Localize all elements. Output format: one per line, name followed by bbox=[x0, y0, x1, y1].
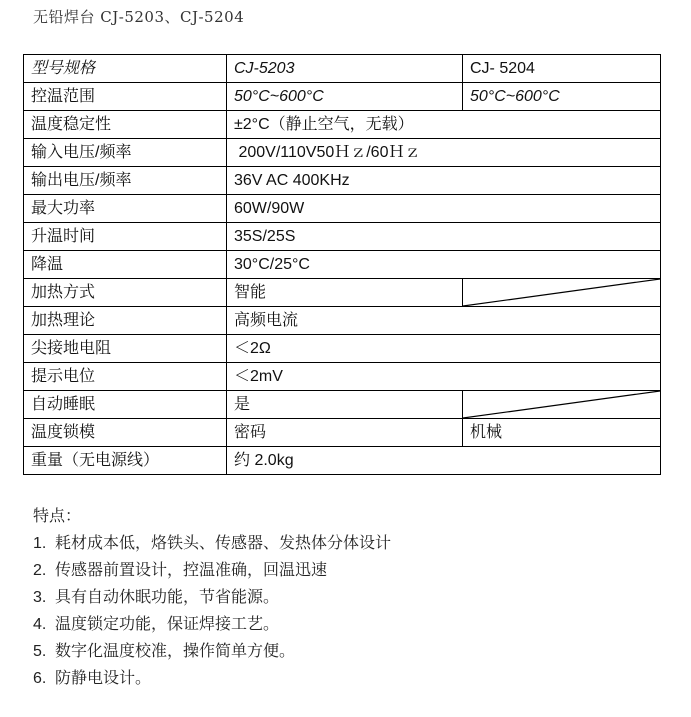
row-label: 加热方式 bbox=[24, 279, 227, 307]
value-cell: 高频电流 bbox=[227, 307, 661, 335]
value-cell: 200V/110V50Ｈｚ/60Ｈｚ bbox=[227, 139, 661, 167]
diagonal-line-icon bbox=[463, 279, 660, 306]
model-a-cell: CJ-5203 bbox=[227, 55, 463, 83]
value-a-cell: 50°C~600°C bbox=[227, 83, 463, 111]
value-a-cell: 智能 bbox=[227, 279, 463, 307]
value-cell: ＜2mV bbox=[227, 363, 661, 391]
feature-item: 3.具有自动休眠功能，节省能源。 bbox=[33, 583, 391, 610]
row-label: 自动睡眠 bbox=[24, 391, 227, 419]
table-row-heating-theory: 加热理论 高频电流 bbox=[24, 307, 661, 335]
table-row-temp-stability: 温度稳定性 ±2°C（静止空气，无载） bbox=[24, 111, 661, 139]
value-cell: ±2°C（静止空气，无载） bbox=[227, 111, 661, 139]
feature-item: 1.耗材成本低，烙铁头、传感器、发热体分体设计 bbox=[33, 529, 391, 556]
feature-text: 数字化温度校准，操作简单方便。 bbox=[55, 641, 295, 660]
row-label: 型号规格 bbox=[24, 55, 227, 83]
value-cell: 60W/90W bbox=[227, 195, 661, 223]
row-label: 温度锁模 bbox=[24, 419, 227, 447]
row-label: 降温 bbox=[24, 251, 227, 279]
feature-item: 4.温度锁定功能，保证焊接工艺。 bbox=[33, 610, 391, 637]
table-row-temp-lock: 温度锁模 密码 机械 bbox=[24, 419, 661, 447]
table-row-model: 型号规格 CJ-5203 CJ- 5204 bbox=[24, 55, 661, 83]
value-b-cell: 机械 bbox=[463, 419, 661, 447]
value-cell: ＜2Ω bbox=[227, 335, 661, 363]
row-label: 重量（无电源线） bbox=[24, 447, 227, 475]
row-label: 输入电压/频率 bbox=[24, 139, 227, 167]
table-row-tip-potential: 提示电位 ＜2mV bbox=[24, 363, 661, 391]
table-row-input-voltage: 输入电压/频率 200V/110V50Ｈｚ/60Ｈｚ bbox=[24, 139, 661, 167]
table-row-max-power: 最大功率 60W/90W bbox=[24, 195, 661, 223]
row-label: 输出电压/频率 bbox=[24, 167, 227, 195]
feature-text: 具有自动休眠功能，节省能源。 bbox=[55, 587, 279, 606]
feature-text: 温度锁定功能，保证焊接工艺。 bbox=[55, 614, 279, 633]
document-title: 无铅焊台 CJ-5203、CJ-5204 bbox=[33, 6, 244, 27]
value-cell: 30°C/25°C bbox=[227, 251, 661, 279]
feature-item: 2.传感器前置设计，控温准确，回温迅速 bbox=[33, 556, 391, 583]
feature-number: 3. bbox=[33, 584, 55, 611]
feature-text: 传感器前置设计，控温准确，回温迅速 bbox=[55, 560, 327, 579]
feature-number: 1. bbox=[33, 530, 55, 557]
row-label: 加热理论 bbox=[24, 307, 227, 335]
table-row-weight: 重量（无电源线） 约 2.0kg bbox=[24, 447, 661, 475]
value-cell: 36V AC 400KHz bbox=[227, 167, 661, 195]
table-row-cooling: 降温 30°C/25°C bbox=[24, 251, 661, 279]
features-section: 特点： 1.耗材成本低，烙铁头、传感器、发热体分体设计 2.传感器前置设计，控温… bbox=[33, 502, 391, 691]
table-row-tip-ground-resistance: 尖接地电阻 ＜2Ω bbox=[24, 335, 661, 363]
value-b-cell: 50°C~600°C bbox=[463, 83, 661, 111]
feature-item: 5.数字化温度校准，操作简单方便。 bbox=[33, 637, 391, 664]
feature-text: 防静电设计。 bbox=[55, 668, 151, 687]
feature-text: 耗材成本低，烙铁头、传感器、发热体分体设计 bbox=[55, 533, 391, 552]
feature-number: 2. bbox=[33, 557, 55, 584]
feature-item: 6.防静电设计。 bbox=[33, 664, 391, 691]
table-row-auto-sleep: 自动睡眠 是 bbox=[24, 391, 661, 419]
empty-diagonal-cell bbox=[463, 279, 661, 307]
row-label: 升温时间 bbox=[24, 223, 227, 251]
feature-number: 6. bbox=[33, 665, 55, 692]
value-cell: 35S/25S bbox=[227, 223, 661, 251]
feature-number: 5. bbox=[33, 638, 55, 665]
row-label: 尖接地电阻 bbox=[24, 335, 227, 363]
feature-number: 4. bbox=[33, 611, 55, 638]
row-label: 温度稳定性 bbox=[24, 111, 227, 139]
empty-diagonal-cell bbox=[463, 391, 661, 419]
row-label: 最大功率 bbox=[24, 195, 227, 223]
value-a-cell: 是 bbox=[227, 391, 463, 419]
row-label: 提示电位 bbox=[24, 363, 227, 391]
row-label: 控温范围 bbox=[24, 83, 227, 111]
value-a-cell: 密码 bbox=[227, 419, 463, 447]
table-row-heating-method: 加热方式 智能 bbox=[24, 279, 661, 307]
diagonal-line-icon bbox=[463, 391, 660, 418]
table-row-heat-time: 升温时间 35S/25S bbox=[24, 223, 661, 251]
table-row-temp-range: 控温范围 50°C~600°C 50°C~600°C bbox=[24, 83, 661, 111]
model-b-cell: CJ- 5204 bbox=[463, 55, 661, 83]
value-cell: 约 2.0kg bbox=[227, 447, 661, 475]
spec-table: 型号规格 CJ-5203 CJ- 5204 控温范围 50°C~600°C 50… bbox=[23, 54, 661, 475]
features-title: 特点： bbox=[33, 502, 391, 529]
table-row-output-voltage: 输出电压/频率 36V AC 400KHz bbox=[24, 167, 661, 195]
